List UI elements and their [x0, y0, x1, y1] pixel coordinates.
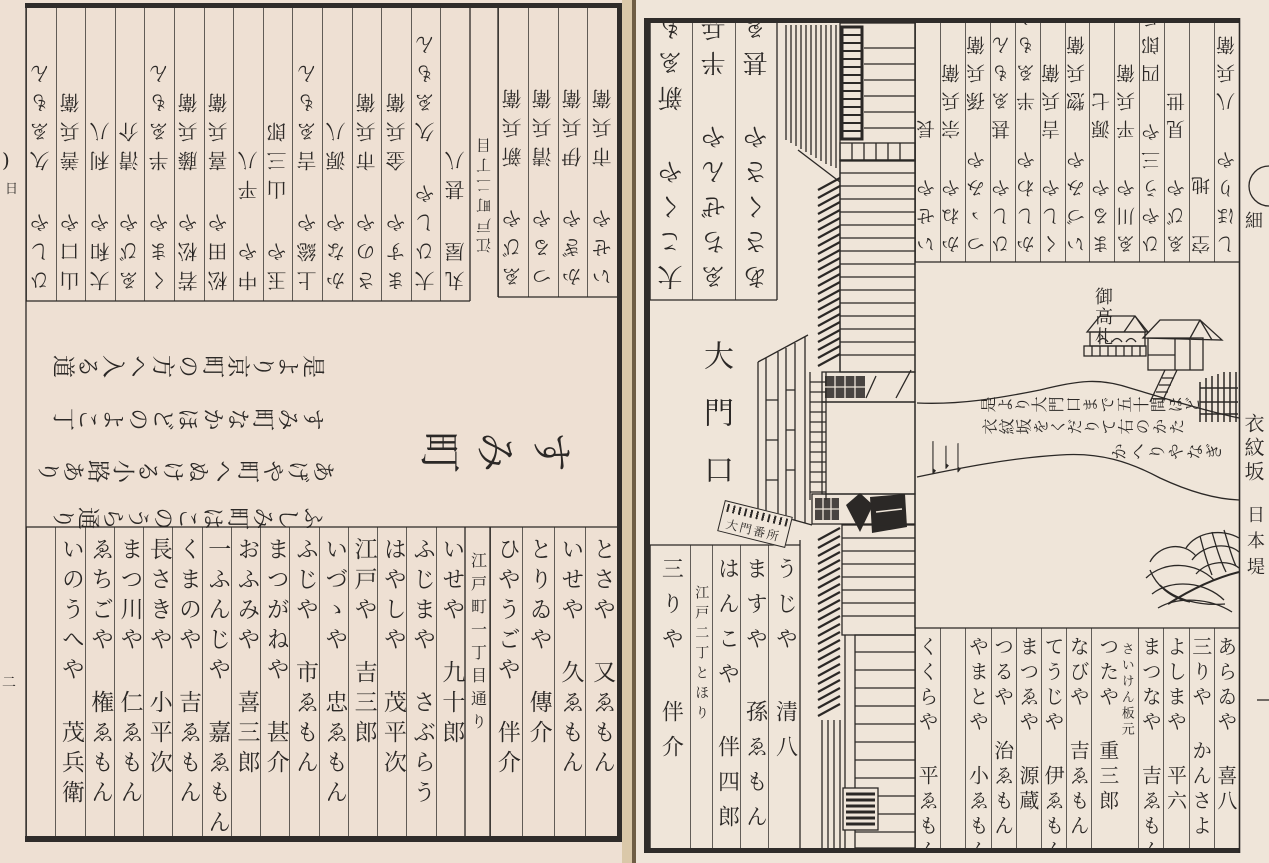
shop-column: しほりや 八兵衛 — [1214, 23, 1239, 262]
shop-column: つゝみや 孫兵衛 — [965, 23, 990, 262]
shop-column: くしや 吉兵衛 — [1040, 23, 1065, 262]
upper-street-label-column: 江戸町二丁目 — [470, 8, 498, 298]
shop-name: ゑびや 新兵衛 — [503, 8, 523, 297]
shop-column: うじや 清八 — [768, 545, 800, 848]
margin-bracket-mark: ) — [2, 148, 10, 172]
shop-name: くまや 半ゑもん — [150, 8, 170, 301]
shop-name: 江戸や 吉三郎 — [352, 527, 375, 836]
shop-column — [940, 628, 965, 848]
shop-column: まつなや 吉ゑもん — [1138, 628, 1163, 848]
shop-column: いづゝや 忠ゑもん — [319, 527, 348, 836]
shop-name: あらゐや 喜八 — [1216, 628, 1236, 848]
shop-name: いづみや 惣兵衛 — [1068, 23, 1087, 262]
note-line: 是より京町の方へ入る道 — [40, 335, 335, 375]
margin-sun-mark: 日 — [5, 178, 18, 197]
note-line-text: 是より京町の方へ入る道 — [40, 335, 335, 375]
notice-board-label: 御高札 — [1093, 287, 1121, 349]
shop-name: つたや 重三郎 — [1098, 628, 1118, 848]
shop-name: さのや 市兵衛 — [357, 8, 377, 301]
shop-column: 玉や 山三郎 — [263, 8, 293, 301]
upper-shop-list-left: 丸屋 甚八大ひしや 久ゑもんますや 金兵衛さのや 市兵衛かなや 源八上総や 吉ゑ… — [26, 8, 470, 301]
shop-name: いのうへや 茂兵衛 — [59, 527, 82, 836]
shop-name: ひしや 久ゑもん — [31, 8, 51, 301]
note-line: あげや町へぬける小路あり — [40, 440, 335, 480]
note-line-text: ふしみ町はこのうら通り — [40, 487, 335, 527]
shop-column: 三りや かんさよ — [1189, 628, 1214, 848]
street-label: 江戸町一丁目通り — [470, 527, 486, 836]
shop-name: ゑびや 清介 — [120, 8, 140, 301]
road-note-line: 是より大門口まで五十間ほど — [975, 398, 1205, 420]
fence-grid-icon — [1200, 372, 1238, 422]
shop-name: くまのや 吉ゑもん — [176, 527, 199, 836]
shop-name: 江戸二丁とほり — [694, 545, 708, 848]
shop-column: ゑ川や 平兵衛 — [1114, 23, 1139, 262]
shop-name: まつ川や 仁ゑもん — [117, 527, 140, 836]
shop-name: ふじや 市ゑもん — [293, 527, 316, 836]
shop-name: よしまや 平六 — [1166, 628, 1186, 848]
shop-name: やまとや 小ゑもん — [967, 628, 987, 848]
shop-column: いづみや 惣兵衛 — [1065, 23, 1090, 262]
shop-column: かしわや 半ゑもん — [1015, 23, 1040, 262]
shop-name: 玉や 山三郎 — [268, 8, 288, 301]
folio-number: 二 — [2, 672, 16, 692]
shop-name: かねや 宗兵衛 — [943, 23, 962, 262]
shop-column: かねや 宗兵衛 — [940, 23, 965, 262]
lower-left-shop-columns: うじや 清八ますや 孫ゑもんはんこや 伴四郎江戸二丁とほり三りや 伴介 — [650, 545, 800, 848]
note-line-text: すみ町なかほどのよこ丁 — [40, 388, 335, 428]
shop-name: ひしや 甚ゑもん — [993, 23, 1012, 262]
shop-column: ゑちごや 権ゑもん — [85, 527, 114, 836]
shop-name: かぎや 伊兵衛 — [563, 8, 583, 297]
shop-name: とりゐや 傳介 — [527, 527, 550, 836]
shop-column: まつ川や 仁ゑもん — [114, 527, 143, 836]
shop-column: ゑびや 新兵衛 — [498, 8, 528, 297]
shop-column: 三りや 伴介 — [650, 545, 690, 848]
shop-name: 空 地 — [1193, 23, 1212, 262]
shop-column: とりゐや 傳介 — [522, 527, 554, 836]
shop-column: なびや 吉ゑもん — [1066, 628, 1091, 848]
shop-name: まるや 源七 — [1093, 23, 1112, 262]
shop-column: つるや 清兵衛 — [528, 8, 558, 297]
upper-left-shop-columns: あさくさや 甚ゑもんゑちぜんや 半兵衛大こくや 新ゑもん — [650, 23, 777, 300]
shop-column: いのうへや 茂兵衛 — [55, 527, 84, 836]
shop-column: よしまや 平六 — [1163, 628, 1188, 848]
shop-name: しほりや 八兵衛 — [1218, 23, 1237, 262]
upper-shop-list-right: いせや 市兵衛かぎや 伊兵衛つるや 清兵衛ゑびや 新兵衛 — [498, 8, 617, 297]
shop-column: ますや 金兵衛 — [381, 8, 411, 301]
shop-name: ますや 金兵衛 — [387, 8, 407, 301]
street-label: 江戸町二丁目 — [477, 8, 492, 298]
street-label-cell: 江戸町一丁目通り — [465, 527, 490, 836]
shop-column: かぎや 伊兵衛 — [558, 8, 588, 297]
road-note-line: かへりやなぎ — [1110, 446, 1210, 472]
street-buildings-drawing — [786, 23, 915, 372]
margin-title-mark: 細 — [1245, 207, 1263, 233]
shop-column: ますや 孫ゑもん — [740, 545, 768, 848]
shop-name: かしわや 半ゑもん — [1018, 23, 1037, 262]
shop-name: まつなや 吉ゑもん — [1140, 628, 1160, 848]
shop-name: 松田や 喜兵衛 — [209, 8, 229, 301]
shop-name: はやしや 茂平次 — [381, 527, 404, 836]
great-gate-label: 大門口 — [700, 340, 740, 485]
note-line-text: あげや町へぬける小路あり — [40, 440, 335, 480]
shop-column: 若松や 藤兵衛 — [174, 8, 204, 301]
shop-name: ゑちぜんや 半兵衛 — [702, 23, 727, 300]
shop-column: あらゐや 喜八 — [1214, 628, 1239, 848]
shop-name: いづゝや 忠ゑもん — [322, 527, 345, 836]
shop-column: ゑびや 清介 — [115, 8, 145, 301]
shop-name: 大ひしや 久ゑもん — [416, 8, 436, 301]
shop-column: ひしや 久ゑもん — [26, 8, 56, 301]
street-label-cell: 江戸町二丁目 — [470, 8, 498, 298]
shop-column: 大和や 利八 — [85, 8, 115, 301]
shop-name: 三りや かんさよ — [1191, 628, 1211, 848]
shop-column: 丸屋 甚八 — [440, 8, 470, 301]
shop-column: いせや 九十郎 — [436, 527, 465, 836]
shop-name: なびや 吉ゑもん — [1068, 628, 1088, 848]
shop-column: てうじや 伊ゑもん — [1041, 628, 1066, 848]
shop-name: ひやう三や 四郎兵衛 — [1143, 23, 1162, 262]
great-gate-text: 大門口 — [700, 340, 730, 485]
shop-column: 江戸や 吉三郎 — [348, 527, 377, 836]
shop-name: いせや 市兵衛 — [593, 8, 613, 297]
shop-column: くくらや 平ゑもん — [915, 628, 940, 848]
shop-column: あさくさや 甚ゑもん — [735, 23, 777, 300]
shop-column: ひやう三や 四郎兵衛 — [1139, 23, 1164, 262]
shop-name: 長さきや 小平次 — [147, 527, 170, 836]
shop-column: ひしや 甚ゑもん — [990, 23, 1015, 262]
shop-name: ゑ川や 平兵衛 — [1118, 23, 1137, 262]
shop-name: まつがねや 甚介 — [264, 527, 287, 836]
shop-column: おふみや 喜三郎 — [231, 527, 260, 836]
shop-name: 山口や 善兵衛 — [61, 8, 81, 301]
willow-tree-icon — [1146, 530, 1239, 612]
shop-name: 中や 平八 — [239, 8, 259, 301]
shop-column: まつゑや 源蔵 — [1016, 628, 1041, 848]
upper-right-shop-list: しほりや 八兵衛空 地ゑびや 見世ひやう三や 四郎兵衛ゑ川や 平兵衛まるや 源七… — [915, 23, 1239, 262]
emon-zaka-label: 衣紋坂 — [1243, 413, 1267, 498]
shop-column: くまや 半ゑもん — [144, 8, 174, 301]
shop-name: くくらや 平ゑもん — [917, 628, 937, 848]
lower-shop-list-right: とさや 又ゑもんいせや 久ゑもんとりゐや 傳介ひやうごや 伴介 — [490, 527, 617, 836]
shop-name: つるや 清兵衛 — [533, 8, 553, 297]
lower-street-label-column: 江戸町一丁目通り — [465, 527, 490, 836]
shop-name: くしや 吉兵衛 — [1043, 23, 1062, 262]
shop-name: うじや 清八 — [774, 545, 796, 848]
shop-column: かなや 源八 — [322, 8, 352, 301]
shop-name: まつゑや 源蔵 — [1018, 628, 1038, 848]
shop-name: 上総や 吉ゑもん — [298, 8, 318, 301]
shop-column: 空 地 — [1189, 23, 1214, 262]
shop-name: つゝみや 孫兵衛 — [968, 23, 987, 262]
shop-name: ゑびや 見世 — [1168, 23, 1187, 262]
shop-name: かなや 源八 — [327, 8, 347, 301]
shop-column: 山口や 善兵衛 — [56, 8, 86, 301]
lower-right-shop-list: あらゐや 喜八三りや かんさよよしまや 平六まつなや 吉ゑもんさいけん板元つたや… — [915, 628, 1239, 848]
lower-street-buildings-drawing — [818, 525, 915, 848]
shop-name: つるや 治ゑもん — [993, 628, 1013, 848]
shop-name: おふみや 喜三郎 — [235, 527, 258, 836]
shop-column: いせや 久ゑもん — [554, 527, 586, 836]
shop-column: ふじまや さぶらう — [406, 527, 435, 836]
lower-shop-list-left: いせや 九十郎ふじまや さぶらうはやしや 茂平次江戸や 吉三郎いづゝや 忠ゑもん… — [26, 527, 465, 836]
shop-name: とさや 又ゑもん — [590, 527, 613, 836]
shop-name: あさくさや 甚ゑもん — [744, 23, 769, 300]
shop-name: いせや 久ゑもん — [558, 527, 581, 836]
shop-column: 一ふんじや 嘉ゑもん — [202, 527, 231, 836]
shop-column: まるや 源七 — [1089, 23, 1114, 262]
street-name-sumi-cho: すみ町 — [405, 400, 575, 470]
shop-column: はやしや 茂平次 — [377, 527, 406, 836]
emon-zaka-text: 衣紋坂 — [1243, 413, 1263, 498]
shop-column: ふじや 市ゑもん — [289, 527, 318, 836]
nihon-zutsumi-label: 日本堤 — [1245, 505, 1267, 585]
road-marker: 三 — [928, 428, 964, 472]
shop-column: 長さきや 小平次 — [143, 527, 172, 836]
shop-note: さいけん板元 — [1120, 628, 1133, 848]
shop-column — [26, 527, 55, 836]
shop-column: まつがねや 甚介 — [260, 527, 289, 836]
shop-name: 三りや 伴介 — [659, 545, 681, 848]
shop-column: くまのや 吉ゑもん — [172, 527, 201, 836]
shop-name: 大和や 利八 — [91, 8, 111, 301]
shop-name: ふじまや さぶらう — [410, 527, 433, 836]
note-line: ふしみ町はこのうら通り — [40, 487, 335, 527]
shop-name: いせや 長 — [918, 23, 937, 262]
shop-column: ひやうごや 伴介 — [490, 527, 522, 836]
great-gate-drawing — [758, 335, 915, 533]
road-marker-glyph: 三 — [928, 428, 964, 472]
shop-column: やまとや 小ゑもん — [965, 628, 990, 848]
shop-column: ゑちぜんや 半兵衛 — [692, 23, 734, 300]
shop-column: さいけん板元つたや 重三郎 — [1091, 628, 1138, 848]
shop-name: 一ふんじや 嘉ゑもん — [205, 527, 228, 836]
shop-column: いせや 長 — [915, 23, 940, 262]
street-name-text: すみ町 — [405, 400, 575, 470]
road-note-text: 是より大門口まで五十間ほど — [975, 398, 1205, 420]
shop-column: 江戸二丁とほり — [690, 545, 712, 848]
shop-column: 中や 平八 — [233, 8, 263, 301]
shop-name: ゑちごや 権ゑもん — [88, 527, 111, 836]
shop-column: ゑびや 見世 — [1164, 23, 1189, 262]
shop-column: 大ひしや 久ゑもん — [411, 8, 441, 301]
notice-board-text: 御高札 — [1093, 287, 1111, 349]
nihon-zutsumi-text: 日本堤 — [1245, 505, 1263, 585]
shop-column: いせや 市兵衛 — [587, 8, 617, 297]
shop-name: いせや 九十郎 — [439, 527, 462, 836]
shop-column: 上総や 吉ゑもん — [292, 8, 322, 301]
shop-name: てうじや 伊ゑもん — [1043, 628, 1063, 848]
shop-name: ますや 孫ゑもん — [744, 545, 766, 848]
shop-name: はんこや 伴四郎 — [715, 545, 737, 848]
road-note-text: かへりやなぎ — [1110, 446, 1210, 472]
shop-column: 大こくや 新ゑもん — [650, 23, 692, 300]
shop-column: 松田や 喜兵衛 — [204, 8, 234, 301]
shop-column: つるや 治ゑもん — [991, 628, 1016, 848]
shop-column: はんこや 伴四郎 — [712, 545, 740, 848]
shop-column: さのや 市兵衛 — [352, 8, 382, 301]
road-note-text: 衣紋坂をくだりて右のかた — [975, 420, 1190, 442]
shop-name: 大こくや 新ゑもん — [659, 23, 684, 300]
shop-name: ひやうごや 伴介 — [495, 527, 518, 836]
shop-name: 丸屋 甚八 — [446, 8, 466, 301]
shop-column: とさや 又ゑもん — [585, 527, 617, 836]
note-line: すみ町なかほどのよこ丁 — [40, 388, 335, 428]
shop-name: 若松や 藤兵衛 — [179, 8, 199, 301]
road-note-line: 衣紋坂をくだりて右のかた — [975, 420, 1190, 442]
